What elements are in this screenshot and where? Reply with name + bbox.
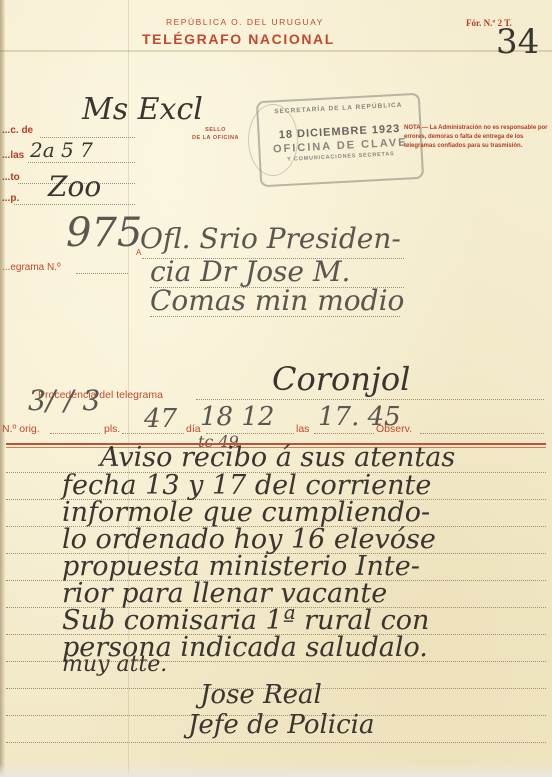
handwritten-telegram-number: 975 xyxy=(66,210,142,256)
body-ruled-line xyxy=(6,742,546,743)
paper-fold-line xyxy=(0,50,552,52)
handwritten-body-closing: muy atte. xyxy=(62,652,167,677)
field-dotted-line xyxy=(76,273,128,274)
field-dotted-line xyxy=(28,162,135,163)
handwritten-addressee-line: Comas min modio xyxy=(150,284,404,317)
stamp-top-text: SECRETARÍA DE LA REPÚBLICA xyxy=(258,101,418,116)
handwritten-signature-name: Jose Real xyxy=(200,680,322,710)
handwritten-word-count: 47 xyxy=(144,404,177,434)
note-prefix: NOTA xyxy=(404,125,420,131)
orig-number-label: N.º orig. xyxy=(2,423,40,435)
handwritten-body-line: Aviso recibo á sus atentas xyxy=(100,442,455,473)
left-field-label: ...las xyxy=(2,150,24,161)
seal-label-line2: DE LA OFICINA xyxy=(183,134,248,142)
observ-label: Observ. xyxy=(376,423,412,435)
left-field-label: ...c. de xyxy=(2,125,33,136)
telegram-number-label: ...egrama N.º xyxy=(2,262,61,273)
note-text: — La Administración no es responsable po… xyxy=(404,125,548,149)
paper-bottom-edge xyxy=(0,763,552,777)
handwritten-day: 18 12 xyxy=(200,402,274,432)
page-number: 34 xyxy=(496,22,539,62)
handwritten-routing-annotation: 3/ / 3 xyxy=(28,384,100,417)
left-field-label: ...to xyxy=(2,172,20,183)
field-dotted-line xyxy=(14,204,135,205)
pls-label: pls. xyxy=(104,423,120,435)
paper-left-edge xyxy=(0,0,5,777)
office-date-stamp: SECRETARÍA DE LA REPÚBLICA 18 DICIEMBRE … xyxy=(256,93,424,187)
header-country: REPÚBLICA O. DEL URUGUAY xyxy=(166,17,324,27)
handwritten-clerk-initials: Zoo xyxy=(48,170,101,203)
left-field-label: ...p. xyxy=(2,193,19,204)
handwritten-recipient-office: Ms Excl xyxy=(82,92,203,127)
liability-note: NOTA — La Administración no es responsab… xyxy=(404,124,552,151)
handwritten-words-count: 2a 5 7 xyxy=(30,138,93,162)
handwritten-addressee-line: Ofl. Srio Presiden- xyxy=(140,222,401,255)
handwritten-origin-city: Coronjol xyxy=(272,360,410,398)
field-dotted-line xyxy=(420,433,544,434)
header-title: TELÉGRAFO NACIONAL xyxy=(142,31,335,47)
field-dotted-line xyxy=(50,433,100,434)
handwritten-signature-title: Jefe de Policia xyxy=(188,710,374,740)
field-dotted-line xyxy=(314,433,374,434)
las-label: las xyxy=(296,423,309,435)
seal-label: SELLO DE LA OFICINA xyxy=(183,126,248,142)
procedencia-dotted-line xyxy=(196,399,544,400)
seal-label-line1: SELLO xyxy=(183,126,248,134)
